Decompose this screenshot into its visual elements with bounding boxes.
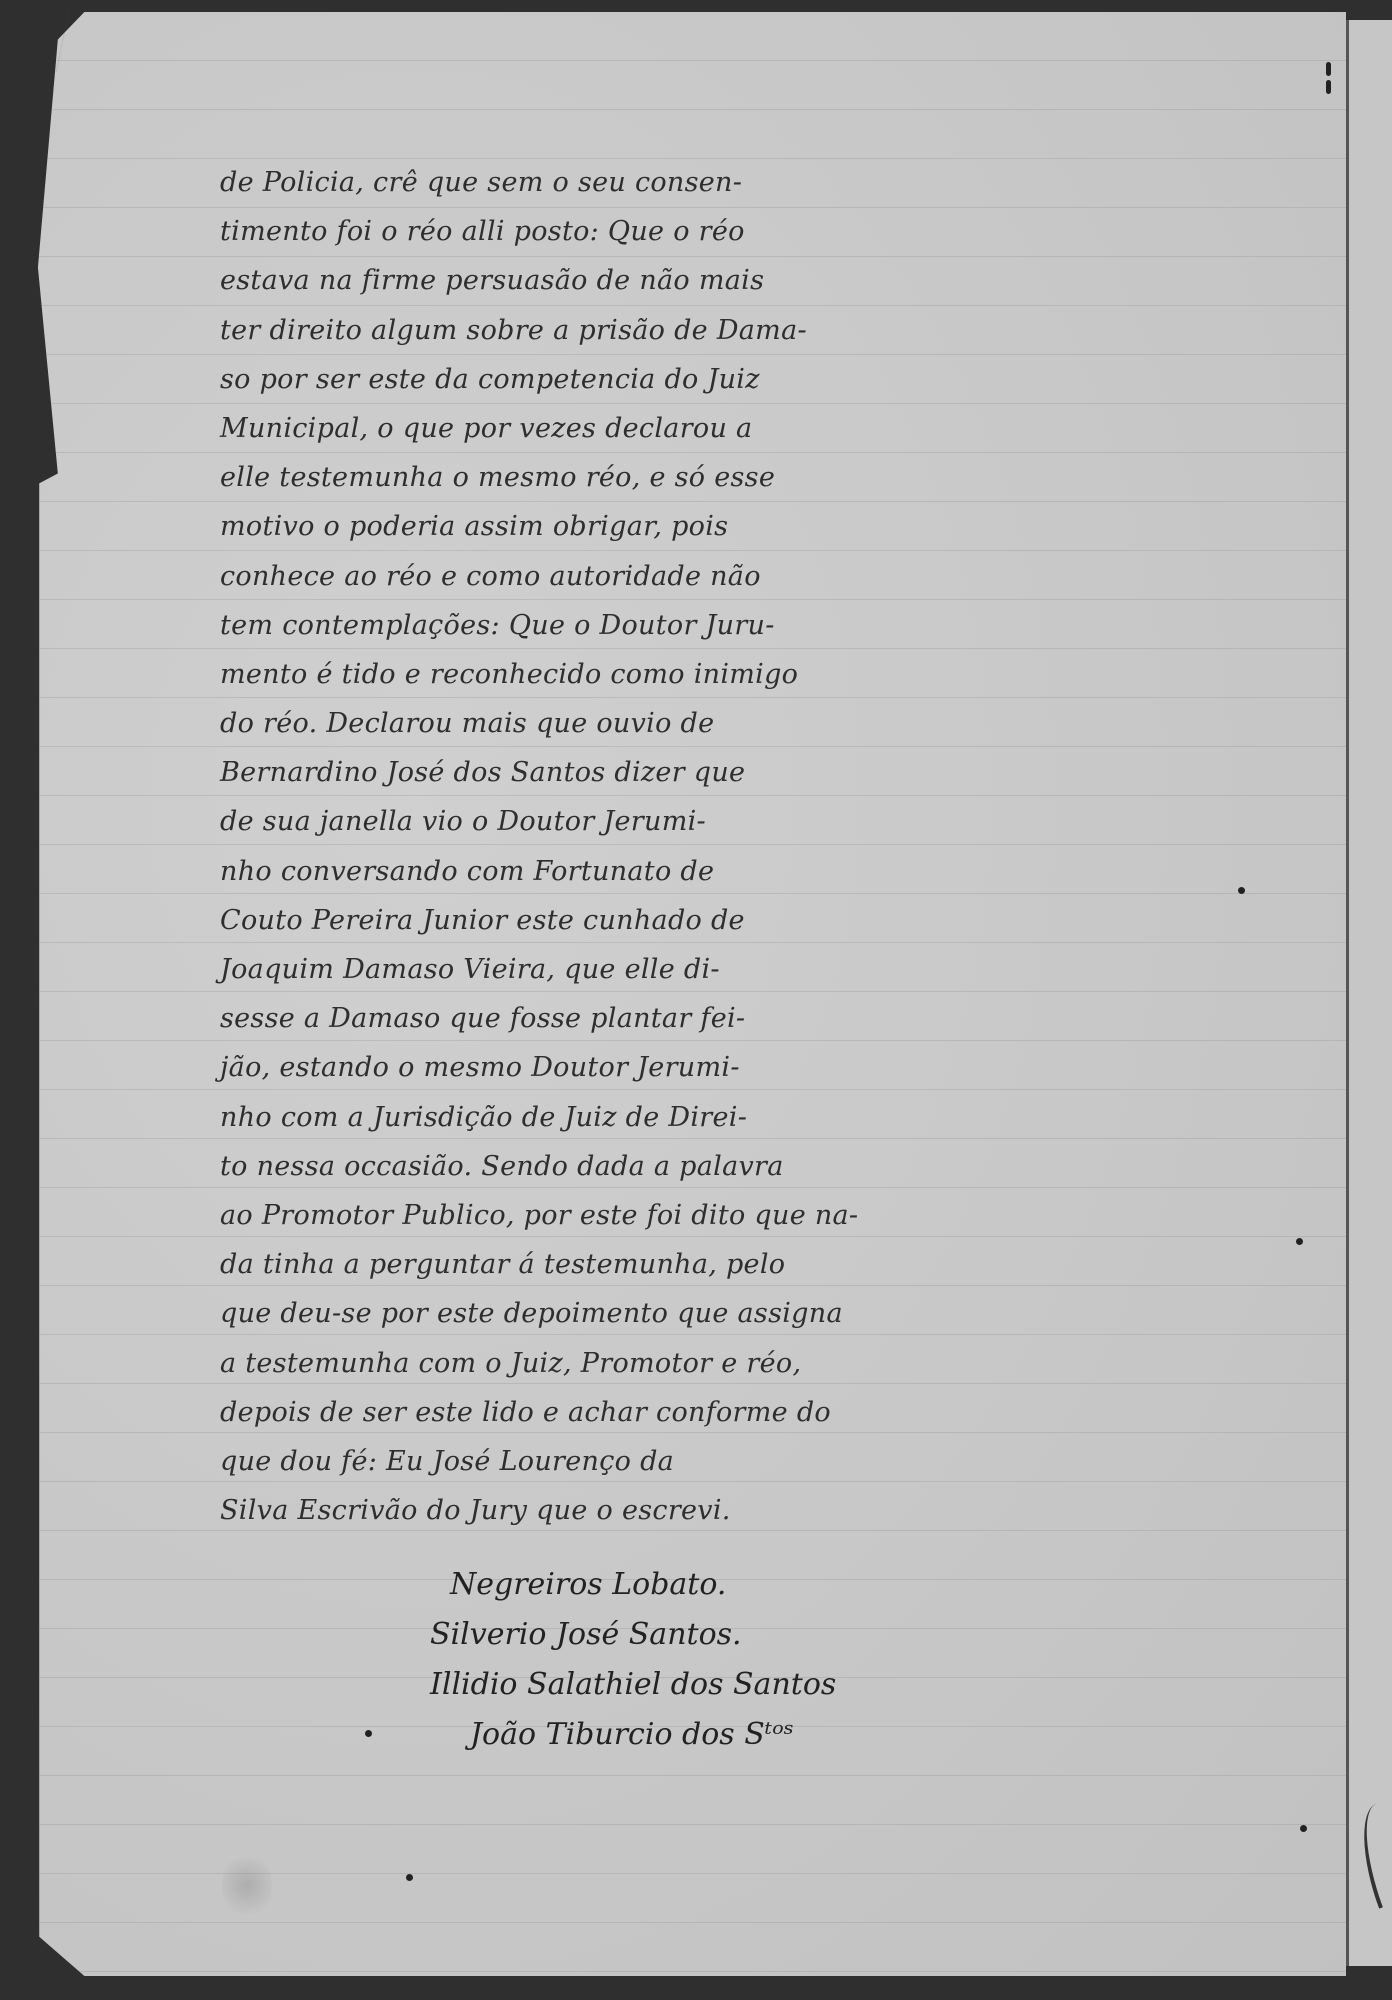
text-line-smudged: mento é tido e reconhecido como inimigo bbox=[220, 650, 1140, 699]
signature: Silverio José Santos. bbox=[430, 1610, 1130, 1660]
signature: Negreiros Lobato. bbox=[430, 1560, 1130, 1610]
text-line: nho conversando com Fortunato de bbox=[220, 847, 1140, 896]
ink-dot bbox=[1238, 887, 1245, 894]
text-line-smudged: tem contemplações: Que o Doutor Juru- bbox=[220, 601, 1140, 650]
text-line: de sua janella vio o Doutor Jerumi- bbox=[220, 797, 1140, 846]
binding-hole-mark bbox=[1326, 62, 1331, 76]
adjacent-page-edge bbox=[1346, 20, 1392, 1966]
ink-dot bbox=[365, 1730, 372, 1737]
signature: João Tiburcio dos Sᵗᵒˢ bbox=[430, 1710, 1130, 1760]
text-line: que dou fé: Eu José Lourenço da bbox=[220, 1437, 1140, 1486]
text-line: Municipal, o que por vezes declarou a bbox=[220, 404, 1140, 453]
binding-hole-mark bbox=[1326, 80, 1331, 94]
ink-dot bbox=[406, 1874, 413, 1881]
text-line: timento foi o réo alli posto: Que o réo bbox=[220, 207, 1140, 256]
paper-stain bbox=[222, 1850, 272, 1920]
text-line: depois de ser este lido e achar conforme… bbox=[220, 1388, 1140, 1437]
text-line: to nessa occasião. Sendo dada a palavra bbox=[220, 1142, 1140, 1191]
text-line: elle testemunha o mesmo réo, e só esse bbox=[220, 453, 1140, 502]
text-line-smudged: motivo o poderia assim obrigar, pois bbox=[220, 502, 1140, 551]
ink-dot bbox=[1300, 1825, 1307, 1832]
signature-block: Negreiros Lobato. Silverio José Santos. … bbox=[430, 1560, 1130, 1760]
text-line: do réo. Declarou mais que ouvio de bbox=[220, 699, 1140, 748]
page-curl bbox=[1345, 1803, 1392, 1909]
text-line: Joaquim Damaso Vieira, que elle di- bbox=[220, 945, 1140, 994]
text-line: Silva Escrivão do Jury que o escrevi. bbox=[220, 1486, 1140, 1535]
text-line: da tinha a perguntar á testemunha, pelo bbox=[220, 1240, 1140, 1289]
text-line: ao Promotor Publico, por este foi dito q… bbox=[220, 1191, 1140, 1240]
text-line: Couto Pereira Junior este cunhado de bbox=[220, 896, 1140, 945]
signature: Illidio Salathiel dos Santos bbox=[430, 1660, 1130, 1710]
text-line-smudged: conhece ao réo e como autoridade não bbox=[220, 552, 1140, 601]
text-line: estava na firme persuasão de não mais bbox=[220, 256, 1140, 305]
text-line: sesse a Damaso que fosse plantar fei- bbox=[220, 994, 1140, 1043]
text-line: ter direito algum sobre a prisão de Dama… bbox=[220, 306, 1140, 355]
text-line: nho com a Jurisdição de Juiz de Direi- bbox=[220, 1093, 1140, 1142]
text-line: a testemunha com o Juiz, Promotor e réo, bbox=[220, 1339, 1140, 1388]
ink-dot bbox=[1296, 1238, 1303, 1245]
text-line: so por ser este da competencia do Juiz bbox=[220, 355, 1140, 404]
text-line: que deu-se por este depoimento que assig… bbox=[220, 1289, 1140, 1338]
handwritten-text: de Policia, crê que sem o seu consen- ti… bbox=[220, 158, 1140, 1535]
text-line: de Policia, crê que sem o seu consen- bbox=[220, 158, 1140, 207]
text-line: Bernardino José dos Santos dizer que bbox=[220, 748, 1140, 797]
text-line: jão, estando o mesmo Doutor Jerumi- bbox=[220, 1043, 1140, 1092]
